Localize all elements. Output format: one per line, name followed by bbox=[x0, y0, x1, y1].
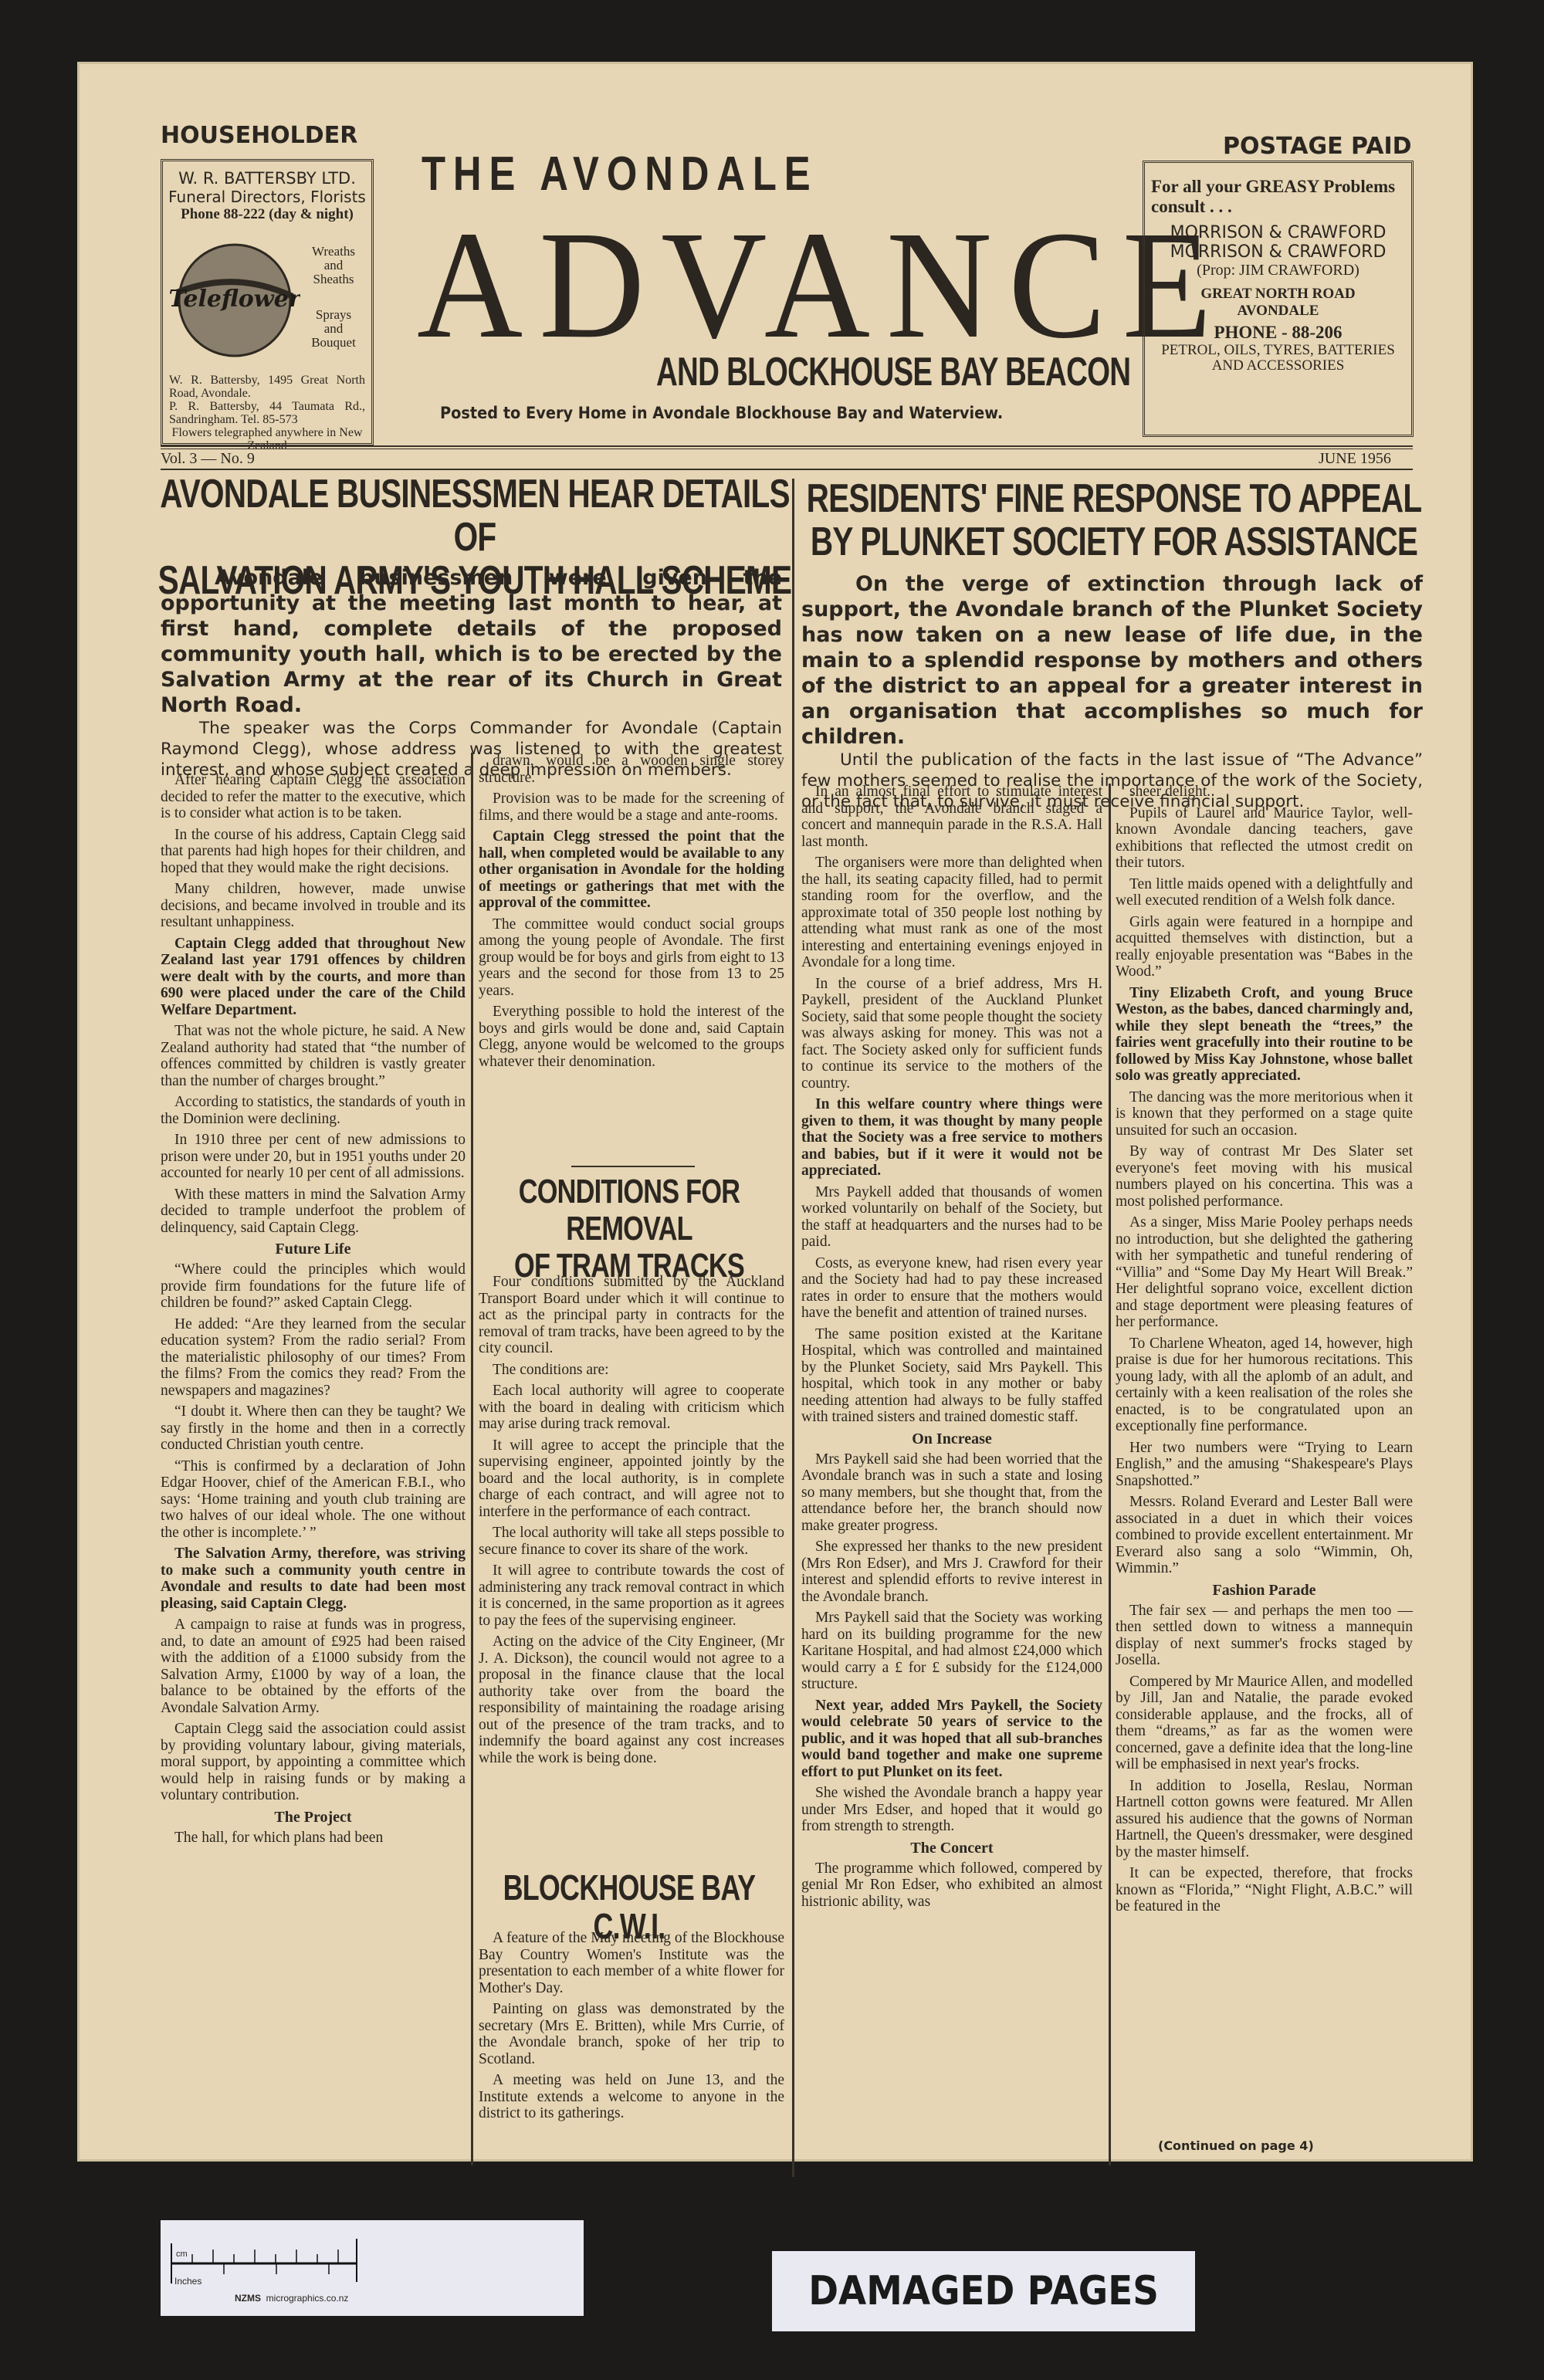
paragraph: Her two numbers were “Trying to Learn En… bbox=[1116, 1440, 1413, 1490]
paragraph: It will agree to accept the principle th… bbox=[479, 1437, 784, 1521]
paragraph: The fair sex — and perhaps the men too —… bbox=[1116, 1603, 1413, 1669]
paragraph: Painting on glass was demonstrated by th… bbox=[479, 2001, 784, 2067]
paragraph: Acting on the advice of the City Enginee… bbox=[479, 1633, 784, 1766]
paragraph: Captain Clegg said the association could… bbox=[161, 1721, 466, 1804]
householder-label: HOUSEHOLDER bbox=[161, 122, 357, 149]
paragraph: “I doubt it. Where then can they be taug… bbox=[161, 1403, 466, 1454]
article-4-deck: On the verge of extinction through lack … bbox=[801, 571, 1423, 812]
paragraph: That was not the whole picture, he said.… bbox=[161, 1023, 466, 1089]
paragraph: In addition to Josella, Reslau, Norman H… bbox=[1116, 1778, 1413, 1861]
paragraph: To Charlene Wheaton, aged 14, however, h… bbox=[1116, 1336, 1413, 1435]
ad-phone: PHONE - 88-206 bbox=[1145, 323, 1411, 343]
paragraph: He added: “Are they learned from the sec… bbox=[161, 1316, 466, 1400]
ad-phone: Phone 88-222 (day & night) bbox=[163, 206, 371, 223]
tagline: Posted to Every Home in Avondale Blockho… bbox=[440, 404, 1003, 422]
damaged-pages-label: DAMAGED PAGES bbox=[772, 2251, 1195, 2331]
paragraph: It will agree to contribute towards the … bbox=[479, 1562, 784, 1629]
ad-suburb: AVONDALE bbox=[1145, 303, 1411, 320]
paragraph: Many children, however, made unwise deci… bbox=[161, 881, 466, 931]
article-4-column-2: sheer delight.Pupils of Laurel and Mauri… bbox=[1116, 784, 1413, 1920]
paragraph: Next year, added Mrs Paykell, the Societ… bbox=[801, 1698, 1102, 1781]
volume-number: Vol. 3 — No. 9 bbox=[161, 450, 255, 468]
paragraph: With these matters in mind the Salvation… bbox=[161, 1187, 466, 1237]
paragraph: The dancing was the more meritorious whe… bbox=[1116, 1089, 1413, 1139]
morrison-crawford-ad: For all your GREASY Problems consult . .… bbox=[1143, 161, 1414, 437]
ad-goods: PETROL, OILS, TYRES, BATTERIES AND ACCES… bbox=[1145, 343, 1411, 374]
paragraph: Ten little maids opened with a delightfu… bbox=[1116, 876, 1413, 909]
ruler-inch-label: Inches bbox=[174, 2276, 201, 2287]
article-1-deck: Avondale businessmen were given the oppo… bbox=[161, 565, 782, 780]
title-sub: AND BLOCKHOUSE BAY BEACON bbox=[656, 349, 1130, 395]
newspaper-page: HOUSEHOLDER POSTAGE PAID W. R. BATTERSBY… bbox=[77, 62, 1473, 2162]
paragraph: The programme which followed, compered b… bbox=[801, 1860, 1102, 1911]
scale-ruler: cm Inches NZMS micrographics.co.nz bbox=[161, 2220, 584, 2316]
ad-business: Funeral Directors, Florists bbox=[163, 188, 371, 206]
paragraph: She expressed her thanks to the new pres… bbox=[801, 1539, 1102, 1605]
paragraph: In the course of a brief address, Mrs H.… bbox=[801, 976, 1102, 1092]
paragraph: “Where could the principles which would … bbox=[161, 1261, 466, 1312]
svg-text:Teleflower: Teleflower bbox=[169, 286, 300, 313]
paragraph: As a singer, Miss Marie Pooley perhaps n… bbox=[1116, 1214, 1413, 1331]
paragraph: Pupils of Laurel and Maurice Taylor, wel… bbox=[1116, 805, 1413, 872]
paragraph: The hall, for which plans had been bbox=[161, 1830, 466, 1847]
paragraph: Messrs. Roland Everard and Lester Ball w… bbox=[1116, 1494, 1413, 1577]
paragraph: In this welfare country where things wer… bbox=[801, 1096, 1102, 1180]
paragraph: Tiny Elizabeth Croft, and young Bruce We… bbox=[1116, 985, 1413, 1085]
battersby-ad: W. R. BATTERSBY LTD. Funeral Directors, … bbox=[161, 159, 374, 445]
paragraph: A feature of the May meeting of the Bloc… bbox=[479, 1930, 784, 1996]
paragraph: The conditions are: bbox=[479, 1362, 784, 1379]
subheading: Fashion Parade bbox=[1116, 1582, 1413, 1600]
ad-services: WreathsandSheaths SpraysandBouquet bbox=[300, 245, 367, 350]
subheading: The Project bbox=[161, 1809, 466, 1826]
title-main: ADVANCE bbox=[417, 208, 1228, 363]
paragraph: She wished the Avondale branch a happy y… bbox=[801, 1785, 1102, 1835]
ruler-cm-label: cm bbox=[176, 2250, 188, 2259]
paragraph: By way of contrast Mr Des Slater set eve… bbox=[1116, 1143, 1413, 1210]
paragraph: Mrs Paykell said that the Society was wo… bbox=[801, 1610, 1102, 1693]
article-1-column-2: drawn, would be a wooden single storey s… bbox=[479, 753, 784, 1075]
paragraph: Each local authority will agree to coope… bbox=[479, 1383, 784, 1433]
article-4-headline: RESIDENTS' FINE RESPONSE TO APPEAL BY PL… bbox=[801, 477, 1427, 564]
paragraph: The committee would conduct social group… bbox=[479, 916, 784, 1000]
ad-company: W. R. BATTERSBY LTD. bbox=[163, 169, 371, 188]
paragraph: A meeting was held on June 13, and the I… bbox=[479, 2072, 784, 2122]
paragraph: The same position existed at the Karitan… bbox=[801, 1326, 1102, 1426]
paragraph: In an almost final effort to stimulate i… bbox=[801, 784, 1102, 850]
ad-company-2: MORRISON & CRAWFORD bbox=[1145, 242, 1411, 262]
paragraph: A campaign to raise at funds was in prog… bbox=[161, 1617, 466, 1716]
ad-intro: For all your GREASY Problems consult . .… bbox=[1145, 163, 1411, 217]
paragraph: It can be expected, therefore, that froc… bbox=[1116, 1865, 1413, 1915]
title-top: THE AVONDALE bbox=[422, 147, 818, 201]
subheading: On Increase bbox=[801, 1430, 1102, 1448]
ruler-icon bbox=[161, 2220, 584, 2316]
paragraph: In 1910 three per cent of new admissions… bbox=[161, 1132, 466, 1182]
paragraph: Compered by Mr Maurice Allen, and modell… bbox=[1116, 1674, 1413, 1773]
paragraph: Costs, as everyone knew, had risen every… bbox=[801, 1255, 1102, 1322]
paragraph: Captain Clegg stressed the point that th… bbox=[479, 828, 784, 912]
paragraph: After hearing Captain Clegg the associat… bbox=[161, 772, 466, 822]
paragraph: drawn, would be a wooden single storey s… bbox=[479, 753, 784, 786]
continued-note: (Continued on page 4) bbox=[1158, 2138, 1314, 2153]
paragraph: Everything possible to hold the interest… bbox=[479, 1004, 784, 1070]
paragraph: The local authority will take all steps … bbox=[479, 1525, 784, 1558]
ad-road: GREAT NORTH ROAD bbox=[1145, 286, 1411, 303]
article-4-column-1: In an almost final effort to stimulate i… bbox=[801, 784, 1102, 1914]
paragraph: According to statistics, the standards o… bbox=[161, 1094, 466, 1127]
paragraph: “This is confirmed by a declaration of J… bbox=[161, 1458, 466, 1542]
paragraph: sheer delight. bbox=[1116, 784, 1413, 801]
article-2-body: Four conditions submitted by the Aucklan… bbox=[479, 1274, 784, 1771]
ad-addresses: W. R. Battersby, 1495 Great North Road, … bbox=[169, 374, 365, 452]
paragraph: The organisers were more than delighted … bbox=[801, 855, 1102, 971]
ad-prop: (Prop: JIM CRAWFORD) bbox=[1145, 262, 1411, 279]
globe-icon: Teleflower bbox=[169, 239, 300, 362]
paragraph: Provision was to be made for the screeni… bbox=[479, 791, 784, 824]
issue-date: JUNE 1956 bbox=[1319, 450, 1391, 468]
paragraph: Mrs Paykell added that thousands of wome… bbox=[801, 1184, 1102, 1251]
paragraph: Captain Clegg added that throughout New … bbox=[161, 936, 466, 1019]
subheading: Future Life bbox=[161, 1241, 466, 1258]
ad-company-1: MORRISON & CRAWFORD bbox=[1145, 223, 1411, 242]
article-1-column-1: After hearing Captain Clegg the associat… bbox=[161, 772, 466, 1850]
paragraph: Girls again were featured in a hornpipe … bbox=[1116, 914, 1413, 980]
paragraph: Mrs Paykell said she had been worried th… bbox=[801, 1451, 1102, 1535]
paragraph: Four conditions submitted by the Aucklan… bbox=[479, 1274, 784, 1357]
postage-paid-label: POSTAGE PAID bbox=[1223, 133, 1412, 160]
article-2-headline: CONDITIONS FOR REMOVAL OF TRAM TRACKS bbox=[475, 1173, 784, 1285]
teleflower-logo: Teleflower bbox=[169, 239, 300, 362]
paragraph: The Salvation Army, therefore, was striv… bbox=[161, 1545, 466, 1612]
ruler-brand: NZMS micrographics.co.nz bbox=[235, 2293, 348, 2304]
paragraph: In the course of his address, Captain Cl… bbox=[161, 827, 466, 877]
article-3-body: A feature of the May meeting of the Bloc… bbox=[479, 1930, 784, 2127]
subheading: The Concert bbox=[801, 1840, 1102, 1857]
